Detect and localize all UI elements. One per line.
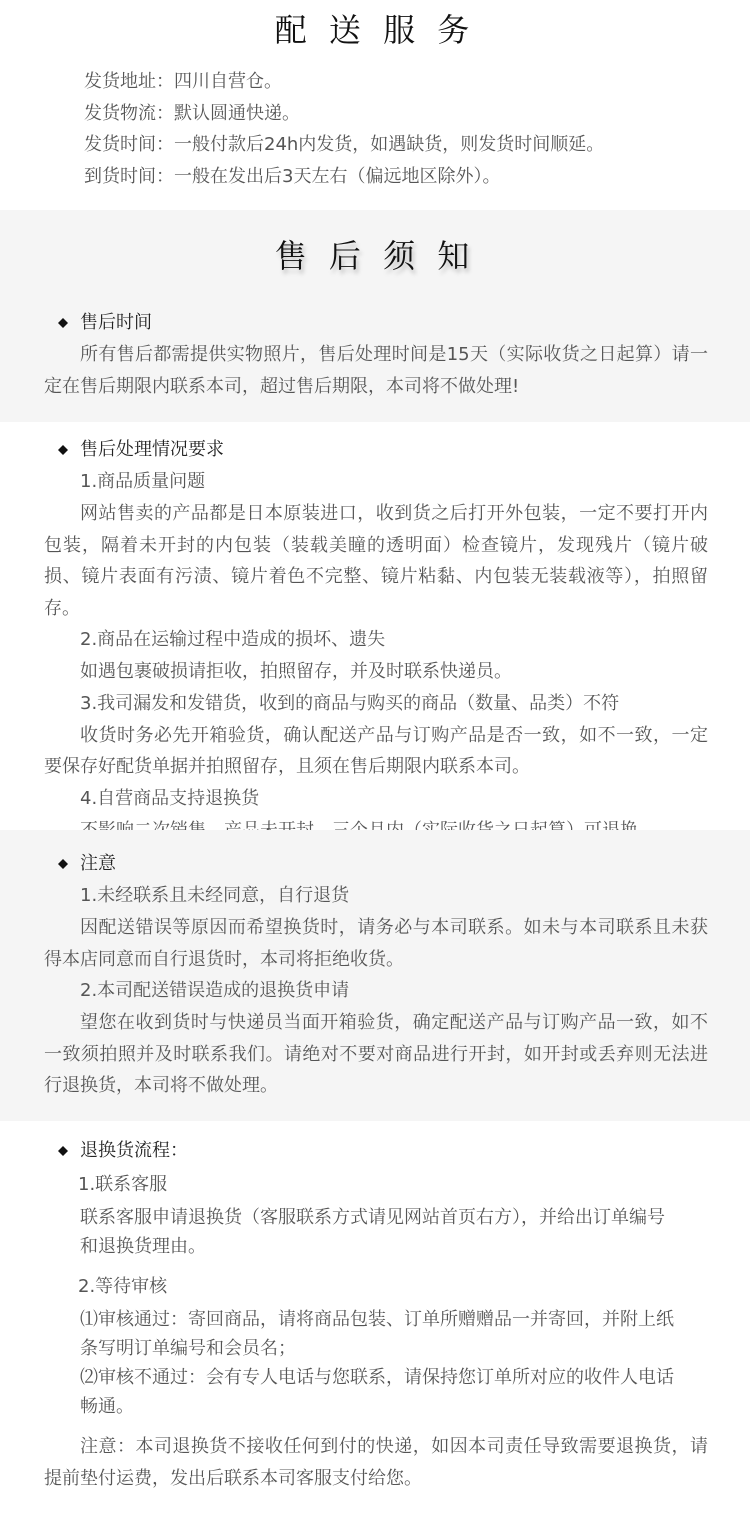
requirement-1-title: 1.商品质量问题 xyxy=(0,466,750,498)
requirement-2-text: 如遇包裹破损请拒收，拍照留存，并及时联系快递员。 xyxy=(0,656,750,688)
ship-address-value: 四川自营仓。 xyxy=(174,71,282,92)
after-sales-requirements-section: 售后处理情况要求 1.商品质量问题 网站售卖的产品都是日本原装进口，收到货之后打… xyxy=(0,422,750,830)
notice-1-title: 1.未经联系且未经同意，自行退货 xyxy=(0,880,750,912)
step-1-title: 1.联系客服 xyxy=(0,1169,750,1201)
ship-logistics-label: 发货物流： xyxy=(84,103,174,124)
after-sales-time-heading: 售后时间 xyxy=(0,307,750,339)
notice-section: 注意 1.未经联系且未经同意，自行退货 因配送错误等原因而希望换货时，请务必与本… xyxy=(0,830,750,1121)
diamond-bullet-icon xyxy=(58,318,68,328)
return-process-section: 退换货流程： 1.联系客服 联系客服申请退换货（客服联系方式请见网站首页右方），… xyxy=(0,1121,750,1518)
notice-heading: 注意 xyxy=(0,848,750,880)
step-1-text: 联系客服申请退换货（客服联系方式请见网站首页右方），并给出订单编号和退换货理由。 xyxy=(0,1203,750,1261)
diamond-bullet-icon xyxy=(58,859,68,869)
ship-time-value: 一般付款后24h内发货，如遇缺货，则发货时间顺延。 xyxy=(174,134,604,155)
requirement-2-title: 2.商品在运输过程中造成的损坏、遗失 xyxy=(0,624,750,656)
ship-logistics-row: 发货物流：默认圆通快递。 xyxy=(84,98,604,130)
return-process-heading-text: 退换货流程： xyxy=(80,1140,188,1161)
ship-time-label: 发货时间： xyxy=(84,134,174,155)
notice-2-text: 望您在收到货时与快递员当面开箱验货，确定配送产品与订购产品一致，如不一致须拍照并… xyxy=(0,1007,750,1102)
requirement-1-text: 网站售卖的产品都是日本原装进口，收到货之后打开外包装，一定不要打开内包装，隔着未… xyxy=(0,498,750,624)
arrival-time-row: 到货时间：一般在发出后3天左右（偏远地区除外）。 xyxy=(84,161,604,193)
diamond-bullet-icon xyxy=(58,1146,68,1156)
delivery-info-list: 发货地址：四川自营仓。 发货物流：默认圆通快递。 发货时间：一般付款后24h内发… xyxy=(0,66,604,192)
ship-address-label: 发货地址： xyxy=(84,71,174,92)
ship-address-row: 发货地址：四川自营仓。 xyxy=(84,66,604,98)
requirements-heading-text: 售后处理情况要求 xyxy=(80,439,224,460)
delivery-service-section: 配 送 服 务 发货地址：四川自营仓。 发货物流：默认圆通快递。 发货时间：一般… xyxy=(0,0,750,210)
after-sales-intro-section: 售 后 须 知 售后时间 所有售后都需提供实物照片，售后处理时间是15天（实际收… xyxy=(0,210,750,422)
ship-logistics-value: 默认圆通快递。 xyxy=(174,103,300,124)
diamond-bullet-icon xyxy=(58,445,68,455)
after-sales-title: 售 后 须 知 xyxy=(0,232,750,280)
arrival-time-label: 到货时间： xyxy=(84,166,174,187)
requirement-3-title: 3.我司漏发和发错货，收到的商品与购买的商品（数量、品类）不符 xyxy=(0,688,750,720)
step-2-approved-text: ⑴审核通过：寄回商品，请将商品包装、订单所赠赠品一并寄回，并附上纸条写明订单编号… xyxy=(0,1305,750,1363)
requirement-4-title: 4.自营商品支持退换货 xyxy=(0,783,750,815)
return-process-heading: 退换货流程： xyxy=(0,1135,750,1167)
notice-heading-text: 注意 xyxy=(80,853,116,874)
notice-2-title: 2.本司配送错误造成的退换货申请 xyxy=(0,975,750,1007)
requirement-3-text: 收货时务必先开箱验货，确认配送产品与订购产品是否一致，如不一致，一定要保存好配货… xyxy=(0,720,750,783)
after-sales-time-heading-text: 售后时间 xyxy=(80,312,152,333)
arrival-time-value: 一般在发出后3天左右（偏远地区除外）。 xyxy=(174,166,500,187)
notice-1-text: 因配送错误等原因而希望换货时，请务必与本司联系。如未与本司联系且未获得本店同意而… xyxy=(0,912,750,975)
step-2-rejected-text: ⑵审核不通过：会有专人电话与您联系，请保持您订单所对应的收件人电话畅通。 xyxy=(0,1363,750,1421)
ship-time-row: 发货时间：一般付款后24h内发货，如遇缺货，则发货时间顺延。 xyxy=(84,129,604,161)
step-2-title: 2.等待审核 xyxy=(0,1271,750,1303)
after-sales-time-text: 所有售后都需提供实物照片，售后处理时间是15天（实际收货之日起算）请一定在售后期… xyxy=(0,339,750,402)
requirements-heading: 售后处理情况要求 xyxy=(0,434,750,466)
delivery-service-title: 配 送 服 务 xyxy=(0,8,750,52)
return-footnote: 注意：本司退换货不接收任何到付的快递，如因本司责任导致需要退换货，请提前垫付运费… xyxy=(0,1431,750,1494)
